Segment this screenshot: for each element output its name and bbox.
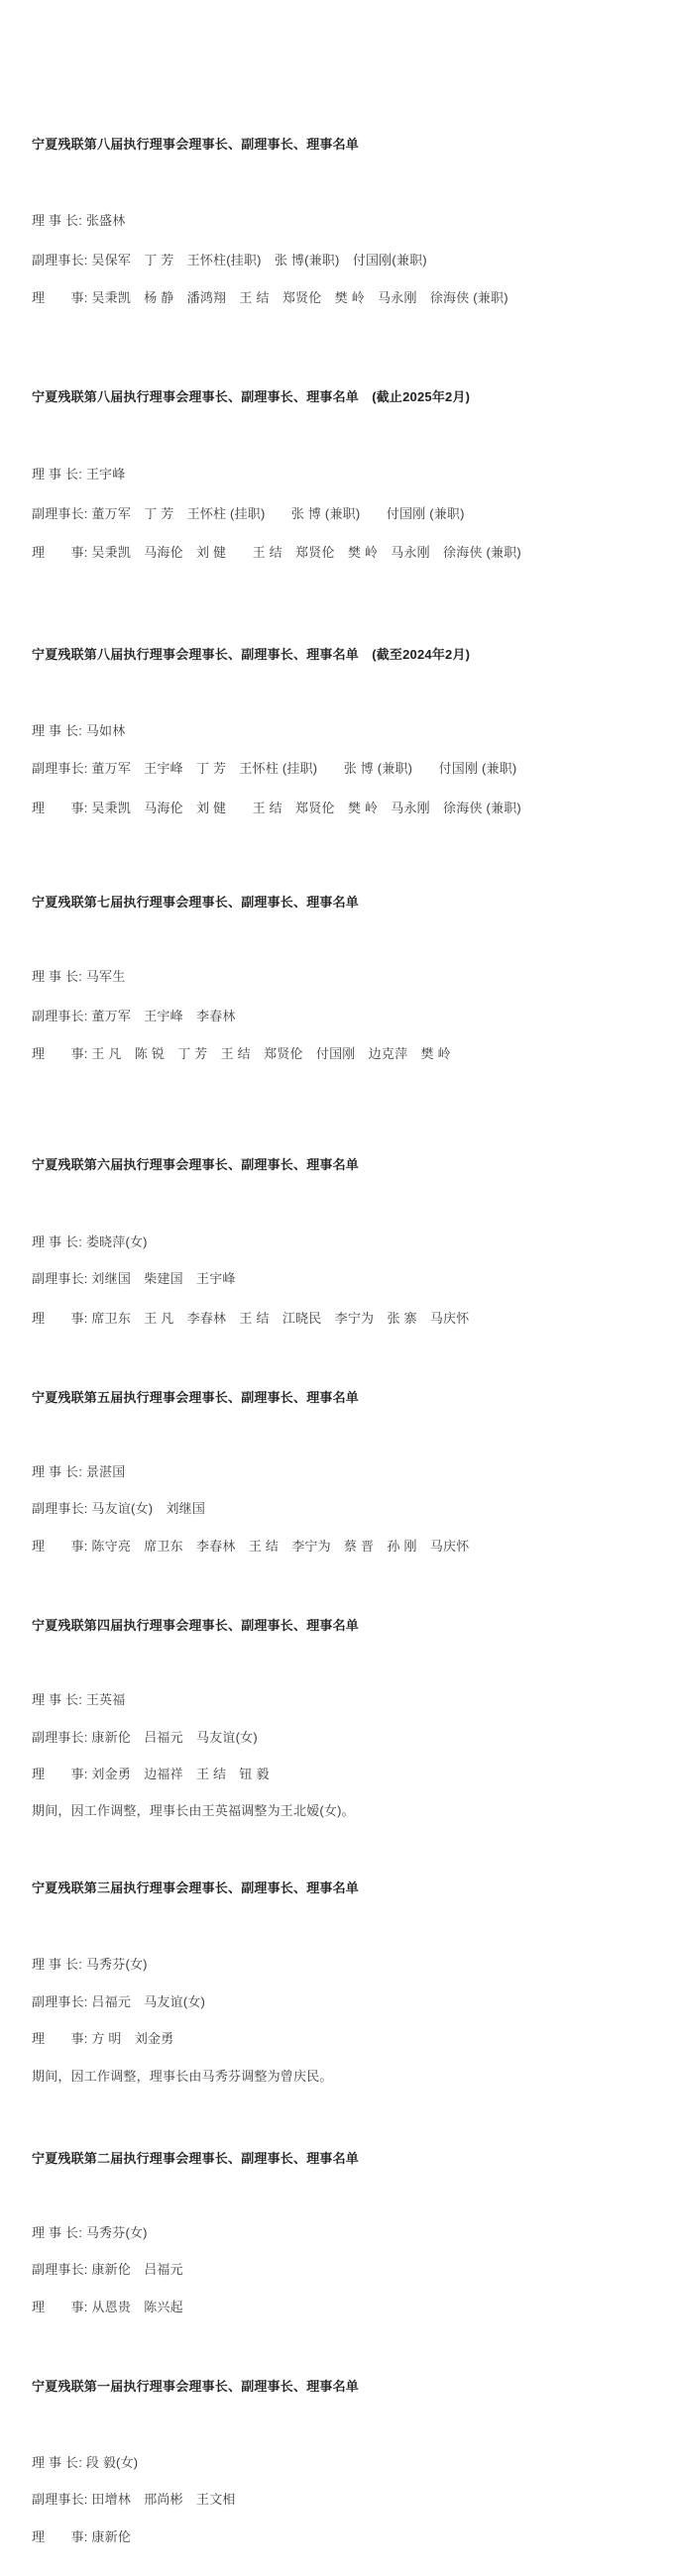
member-row: 副理事长: 董万军 王宇峰 李春林 — [32, 1007, 236, 1025]
member-row: 副理事长: 吴保军 丁 芳 王怀柱(挂职) 张 博(兼职) 付国刚(兼职) — [32, 251, 427, 269]
member-row: 副理事长: 康新伦 吕福元 — [32, 2260, 183, 2279]
section-heading: 宁夏残联第一届执行理事会理事长、副理事长、理事名单 — [32, 2377, 359, 2396]
section-heading: 宁夏残联第六届执行理事会理事长、副理事长、理事名单 — [32, 1155, 359, 1174]
section-heading: 宁夏残联第三届执行理事会理事长、副理事长、理事名单 — [32, 1878, 359, 1897]
member-row: 理 事 长: 马如林 — [32, 721, 125, 740]
section-heading: 宁夏残联第八届执行理事会理事长、副理事长、理事名单 — [32, 135, 359, 154]
member-row: 理 事: 席卫东 王 凡 李春林 王 结 江晓民 李宁为 张 寨 马庆怀 — [32, 1309, 469, 1328]
member-row: 理 事 长: 景湛国 — [32, 1462, 125, 1481]
section-heading: 宁夏残联第五届执行理事会理事长、副理事长、理事名单 — [32, 1388, 359, 1407]
member-row: 副理事长: 田增林 邢尚彬 王文相 — [32, 2490, 236, 2509]
section-heading: 宁夏残联第八届执行理事会理事长、副理事长、理事名单 (截止2025年2月) — [32, 387, 470, 406]
member-row: 理 事: 吴秉凯 马海伦 刘 健 王 结 郑贤伦 樊 岭 马永刚 徐海侠 (兼职… — [32, 543, 521, 562]
note-row: 期间，因工作调整，理事长由王英福调整为王北嫒(女)。 — [32, 1801, 355, 1820]
member-row: 理 事: 康新伦 — [32, 2527, 131, 2546]
section-heading: 宁夏残联第四届执行理事会理事长、副理事长、理事名单 — [32, 1616, 359, 1635]
member-row: 理 事: 方 明 刘金勇 — [32, 2029, 173, 2048]
section-heading: 宁夏残联第七届执行理事会理事长、副理事长、理事名单 — [32, 893, 359, 912]
member-row: 理 事 长: 王宇峰 — [32, 465, 125, 483]
member-row: 副理事长: 董万军 丁 芳 王怀柱 (挂职) 张 博 (兼职) 付国刚 (兼职) — [32, 504, 465, 523]
member-row: 理 事: 刘金勇 边福祥 王 结 钮 毅 — [32, 1765, 270, 1783]
note-row: 期间，因工作调整，理事长由马秀芬调整为曾庆民。 — [32, 2067, 333, 2086]
member-row: 理 事 长: 马秀芬(女) — [32, 2223, 148, 2242]
member-row: 副理事长: 刘继国 柴建国 王宇峰 — [32, 1269, 236, 1288]
member-row: 理 事 长: 娄晓萍(女) — [32, 1233, 148, 1251]
member-row: 理 事: 王 凡 陈 锐 丁 芳 王 结 郑贤伦 付国刚 边克萍 樊 岭 — [32, 1044, 451, 1063]
member-row: 理 事: 从恩贵 陈兴起 — [32, 2298, 183, 2316]
member-row: 副理事长: 董万军 王宇峰 丁 芳 王怀柱 (挂职) 张 博 (兼职) 付国刚 … — [32, 759, 516, 778]
section-heading: 宁夏残联第八届执行理事会理事长、副理事长、理事名单 (截至2024年2月) — [32, 645, 470, 664]
member-row: 副理事长: 马友谊(女) 刘继国 — [32, 1499, 205, 1518]
member-row: 副理事长: 康新伦 吕福元 马友谊(女) — [32, 1728, 258, 1747]
member-row: 副理事长: 吕福元 马友谊(女) — [32, 1992, 205, 2011]
member-row: 理 事 长: 马秀芬(女) — [32, 1955, 148, 1974]
document-body: 宁夏残联第八届执行理事会理事长、副理事长、理事名单理 事 长: 张盛林副理事长:… — [0, 0, 674, 2576]
member-row: 理 事 长: 马军生 — [32, 967, 125, 986]
member-row: 理 事: 陈守亮 席卫东 李春林 王 结 李宁为 蔡 晋 孙 刚 马庆怀 — [32, 1537, 469, 1556]
member-row: 理 事: 吴秉凯 杨 静 潘鸿翔 王 结 郑贤伦 樊 岭 马永刚 徐海侠 (兼职… — [32, 288, 508, 307]
member-row: 理 事 长: 王英福 — [32, 1690, 125, 1709]
section-heading: 宁夏残联第二届执行理事会理事长、副理事长、理事名单 — [32, 2149, 359, 2168]
member-row: 理 事: 吴秉凯 马海伦 刘 健 王 结 郑贤伦 樊 岭 马永刚 徐海侠 (兼职… — [32, 799, 521, 817]
member-row: 理 事 长: 张盛林 — [32, 211, 125, 230]
member-row: 理 事 长: 段 毅(女) — [32, 2453, 138, 2472]
